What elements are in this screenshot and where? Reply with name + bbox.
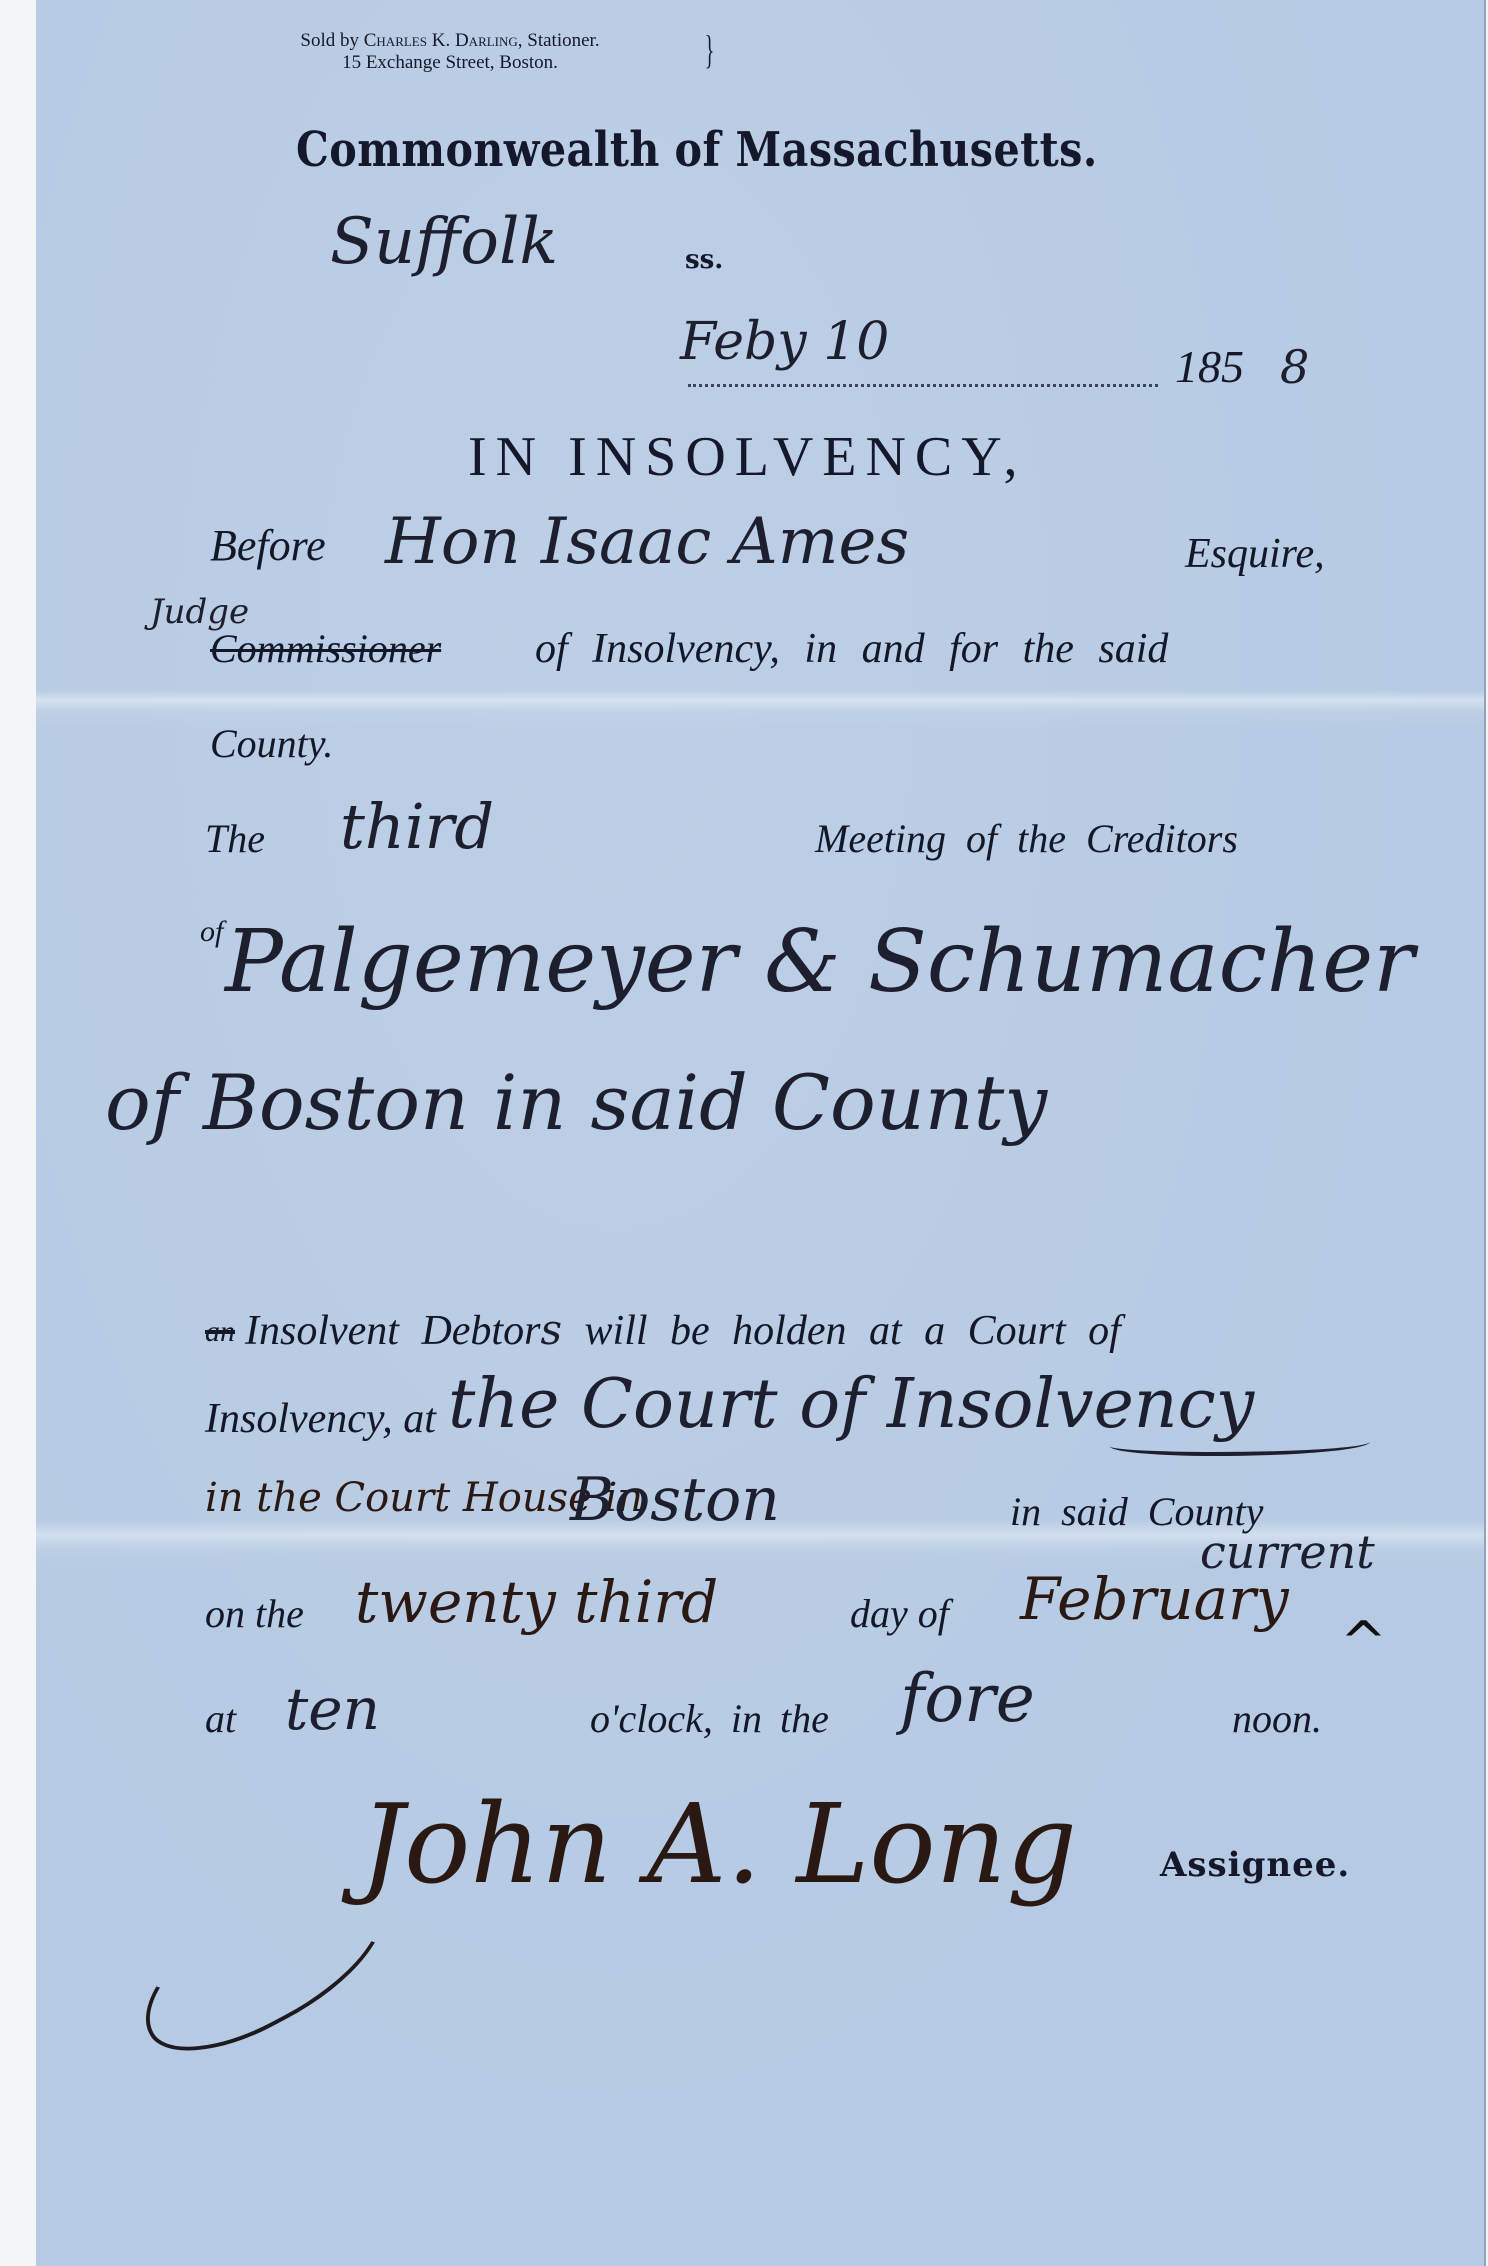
in-insolvency-heading: IN INSOLVENCY, [468, 425, 1027, 489]
insolvent-debtor-label: Insolvent Debtor [245, 1308, 540, 1354]
seller-prefix: Sold by [300, 30, 363, 51]
fore-handwritten: fore [900, 1660, 1035, 1737]
office-printed-struck: Commissioner [210, 625, 441, 672]
stationer-line-1: Sold by Charles K. Darling, Stationer. [190, 30, 710, 52]
day-handwritten: twenty third [355, 1568, 718, 1636]
judge-name-handwritten: Hon Isaac Ames [385, 505, 909, 579]
insertion-caret-icon: ^ [1340, 1610, 1387, 1675]
debtor-place-handwritten: of Boston in said County [105, 1058, 1047, 1147]
debtor-names-handwritten: Palgemeyer & Schumacher [225, 912, 1414, 1012]
at-label: at [205, 1695, 236, 1742]
meeting-ordinal-handwritten: third [340, 790, 494, 863]
seller-name: Charles K. Darling [364, 30, 518, 51]
insolvency-at-label: Insolvency, at [205, 1395, 436, 1443]
city-handwritten: Boston [570, 1465, 780, 1535]
document-title: Commonwealth of Massachusetts. [296, 122, 1098, 178]
noon-label: noon. [1232, 1695, 1322, 1742]
hour-handwritten: ten [285, 1675, 380, 1743]
current-handwritten: current [1200, 1525, 1375, 1579]
oclock-label: o'clock, in the [590, 1695, 829, 1742]
date-dotted-line [688, 384, 1158, 387]
assignee-label: Assignee. [1160, 1845, 1350, 1885]
brace-glyph: } [705, 30, 715, 70]
stationer-line-2: 15 Exchange Street, Boston. [190, 52, 710, 74]
year-printed: 185 [1175, 340, 1244, 393]
struck-article: an [205, 1315, 235, 1349]
year-handwritten-digit: 8 [1280, 340, 1309, 394]
before-label: Before [210, 520, 326, 571]
stationer-imprint: Sold by Charles K. Darling, Stationer. 1… [190, 30, 710, 74]
of-label: of [200, 915, 223, 949]
date-handwritten: Feby 10 [680, 312, 889, 372]
meeting-label: Meeting of the Creditors [815, 815, 1238, 862]
county-handwritten: Suffolk [330, 205, 558, 279]
seller-suffix: , Stationer. [518, 30, 600, 51]
on-the-label: on the [205, 1590, 304, 1637]
day-of-label: day of [850, 1590, 949, 1637]
office-suffix: of Insolvency, in and for the said [535, 625, 1168, 673]
ss-label: ss. [685, 245, 723, 275]
holden-line: will be holden at a Court of [585, 1308, 1121, 1354]
esquire-label: Esquire, [1185, 530, 1325, 578]
assignee-signature: John A. Long [360, 1780, 1077, 1908]
insolvent-debtor-line: Insolvent Debtors will be holden at a Co… [245, 1305, 1121, 1355]
the-label: The [205, 815, 265, 862]
county-label: County. [210, 720, 333, 767]
debtor-plural-handwritten: s [540, 1305, 562, 1354]
